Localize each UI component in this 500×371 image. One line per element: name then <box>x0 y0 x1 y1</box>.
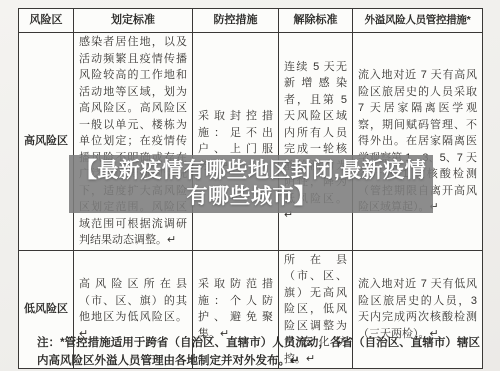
header-measures: 防控措施 <box>193 9 279 33</box>
cell-high-release: 连续 5 天无新增感染者，且第 5 天风险区域内所有人员完成一轮核酸检测均为阴性… <box>279 33 353 251</box>
watermark-line-1: 【最新疫情有哪些地区封闭,最新疫情 <box>69 158 433 184</box>
table-row-high-risk: 高风险区 感染者居住地，以及活动频繁且疫情传播风险较高的工作地和活动地等区域，划… <box>19 33 483 251</box>
header-risk-zone: 风险区 <box>19 9 74 33</box>
document-page: 风险区 划定标准 防控措施 解除标准 外溢风险人员管控措施* 高风险区 感染者居… <box>0 0 500 371</box>
header-release: 解除标准 <box>279 9 353 33</box>
header-criteria: 划定标准 <box>74 9 193 33</box>
table-header-row: 风险区 划定标准 防控措施 解除标准 外溢风险人员管控措施* <box>19 9 483 33</box>
cell-high-spillover: 流入地对近 7 天有高风险区旅居史的人员采取 7 天居家隔离医学观察，期间赋码管… <box>353 33 483 251</box>
watermark-line-2: 有哪些城市】 <box>69 184 433 210</box>
watermark-overlay: 【最新疫情有哪些地区封闭,最新疫情 有哪些城市】 <box>69 155 433 213</box>
header-spillover: 外溢风险人员管控措施* <box>353 9 483 33</box>
cell-high-measures: 采取封控措施：足不出户、上门服务。↵ <box>193 33 279 251</box>
cell-high-zone-label: 高风险区 <box>19 33 74 251</box>
footnote: 注：*管控措施适用于跨省（自治区、直辖市）人员流动，各省（自治区、直辖市）辖区内… <box>37 334 480 370</box>
cell-high-criteria: 感染者居住地，以及活动频繁且疫情传播风险较高的工作地和活动地等区域，划为高风险区… <box>74 33 193 251</box>
